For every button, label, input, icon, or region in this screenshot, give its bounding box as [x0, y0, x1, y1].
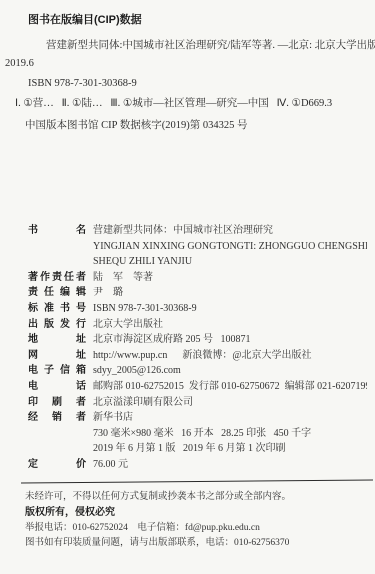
copyright-page: 图书在版编目(CIP)数据 营建新型共同体:中国城市社区治理研究/陆军等著. —… [0, 0, 375, 574]
publisher-email: sdyy_2005@126.com [93, 363, 367, 379]
row-book-title: 书名 营建新型共同体：中国城市社区治理研究 YINGJIAN XINXING G… [28, 223, 367, 270]
distributor-name: 新华书店 [93, 410, 367, 426]
row-website: 网址 http://www.pup.cn 新浪微博：@北京大学出版社 [28, 348, 367, 364]
field-label-email: 电子信箱 [28, 363, 86, 379]
cip-entry-line1: 营建新型共同体:中国城市社区治理研究/陆军等著. —北京: 北京大学出版社, [28, 37, 367, 55]
copy-restriction-notice: 未经许可，不得以任何方式复制或抄袭本书之部分或全部内容。 [25, 490, 367, 506]
row-email: 电子信箱 sdyy_2005@126.com [28, 363, 367, 379]
row-isbn: 标准书号 ISBN 978-7-301-30368-9 [28, 301, 367, 317]
copyright-statement: 版权所有，侵权必究 [25, 505, 367, 521]
row-author: 著作责任者 陆 军 等著 [28, 270, 367, 286]
cip-isbn: ISBN 978-7-301-30368-9 [28, 75, 367, 93]
colophon: 书名 营建新型共同体：中国城市社区治理研究 YINGJIAN XINXING G… [28, 223, 367, 473]
print-spec-format: 730 毫米×980 毫米 16 开本 28.25 印张 450 千字 [93, 426, 367, 442]
cip-block: 图书在版编目(CIP)数据 营建新型共同体:中国城市社区治理研究/陆军等著. —… [28, 12, 367, 135]
field-label-author: 著作责任者 [28, 270, 86, 286]
row-address: 地址 北京市海淀区成府路 205 号 100871 [28, 332, 367, 348]
publisher-phones: 邮购部 010-62752015 发行部 010-62750672 编辑部 02… [93, 379, 367, 395]
book-title-pinyin-1: YINGJIAN XINXING GONGTONGTI: ZHONGGUO CH… [93, 239, 367, 255]
cip-record-number: 中国版本图书馆 CIP 数据核字(2019)第 034325 号 [25, 117, 367, 135]
field-label-title: 书名 [28, 223, 86, 239]
field-label-isbn: 标准书号 [28, 301, 86, 317]
divider-rule [21, 479, 373, 483]
editor-name: 尹 璐 [93, 285, 367, 301]
row-printer: 印刷者 北京溢漾印刷有限公司 [28, 395, 367, 411]
cip-heading: 图书在版编目(CIP)数据 [28, 12, 367, 28]
row-editor: 责任编辑 尹 璐 [28, 285, 367, 301]
row-price: 定价 76.00 元 [28, 457, 367, 473]
author-name: 陆 军 等著 [93, 270, 367, 286]
field-label-printer: 印刷者 [28, 395, 86, 411]
isbn-value: ISBN 978-7-301-30368-9 [93, 301, 367, 317]
row-distributor: 经销者 新华书店 730 毫米×980 毫米 16 开本 28.25 印张 45… [28, 410, 367, 457]
book-title-cn: 营建新型共同体：中国城市社区治理研究 [93, 223, 367, 239]
footer-notices: 未经许可，不得以任何方式复制或抄袭本书之部分或全部内容。 版权所有，侵权必究 举… [25, 490, 367, 552]
field-label-publisher: 出版发行 [28, 317, 86, 333]
printer-name: 北京溢漾印刷有限公司 [93, 395, 367, 411]
book-title-pinyin-2: SHEQU ZHILI YANJIU [93, 254, 367, 270]
row-phone: 电话 邮购部 010-62752015 发行部 010-62750672 编辑部… [28, 379, 367, 395]
field-label-website: 网址 [28, 348, 86, 364]
price-value: 76.00 元 [93, 457, 367, 473]
row-publisher: 出版发行 北京大学出版社 [28, 317, 367, 333]
field-label-distributor: 经销者 [28, 410, 86, 426]
quality-contact-line: 图书如有印装质量问题，请与出版部联系，电话：010-62756370 [25, 536, 367, 552]
report-contact-line: 举报电话：010-62752024 电子信箱：fd@pup.pku.edu.cn [25, 521, 367, 537]
field-label-phone: 电话 [28, 379, 86, 395]
publisher-address: 北京市海淀区成府路 205 号 100871 [93, 332, 367, 348]
print-spec-edition: 2019 年 6 月第 1 版 2019 年 6 月第 1 次印刷 [93, 441, 367, 457]
field-label-address: 地址 [28, 332, 86, 348]
publisher-website: http://www.pup.cn 新浪微博：@北京大学出版社 [93, 348, 367, 364]
cip-entry-line2: 2019.6 [5, 55, 367, 73]
field-label-editor: 责任编辑 [28, 285, 86, 301]
field-label-price: 定价 [28, 457, 86, 473]
cip-classification: Ⅰ. ①营… Ⅱ. ①陆… Ⅲ. ①城市—社区管理—研究—中国 Ⅳ. ①D669… [15, 95, 367, 113]
publisher-name: 北京大学出版社 [93, 317, 367, 333]
